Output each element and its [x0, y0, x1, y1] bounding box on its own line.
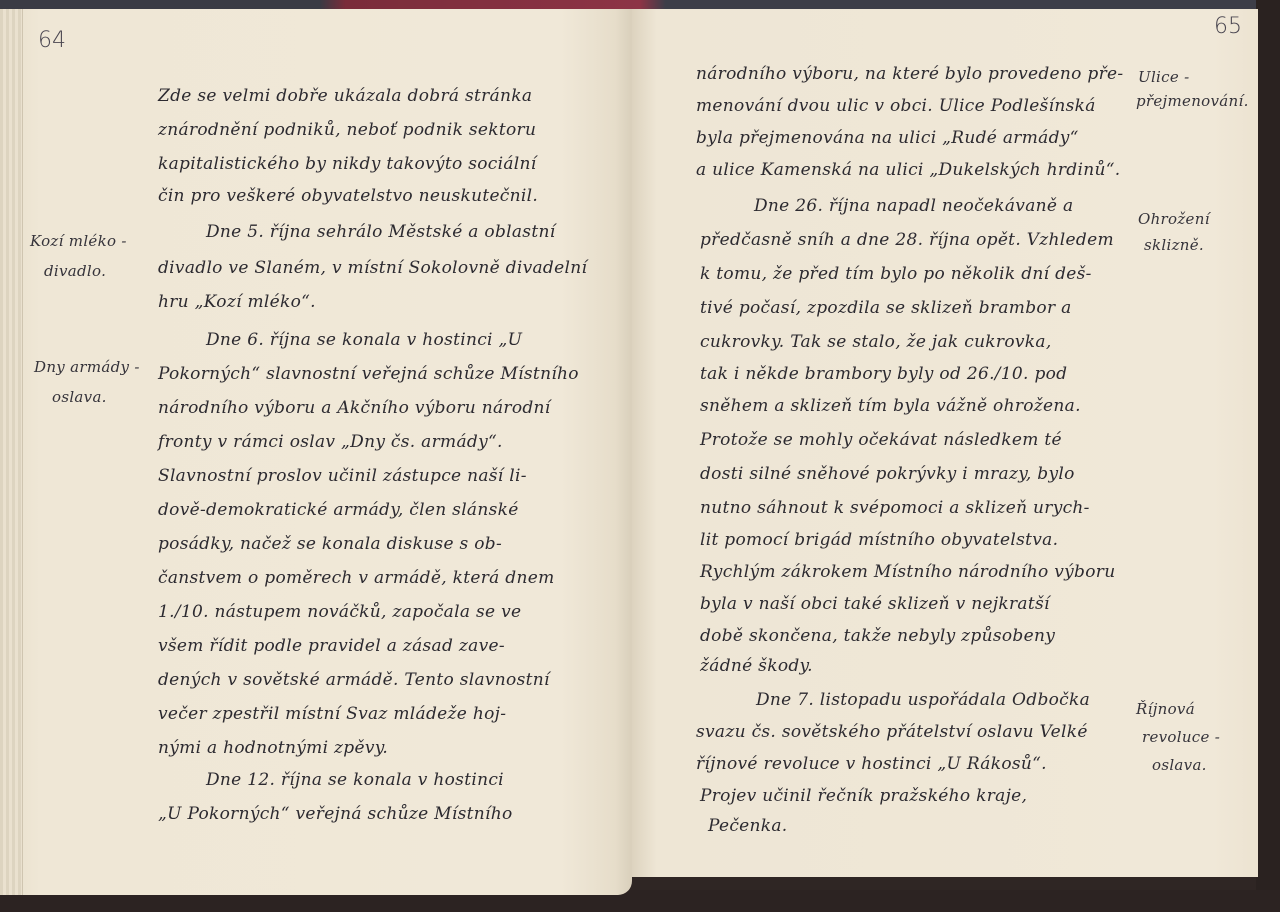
- margin-note: Říjnová: [1136, 700, 1195, 718]
- text-line: národního výboru a Akčního výboru národn…: [158, 398, 551, 418]
- text-line: dosti silné sněhové pokrývky i mrazy, by…: [700, 464, 1075, 484]
- text-line: lit pomocí brigád místního obyvatelstva.: [700, 530, 1058, 550]
- page-edges: [0, 9, 23, 895]
- text-line: všem řídit podle pravidel a zásad zave-: [158, 636, 505, 656]
- margin-note: oslava.: [52, 388, 107, 406]
- text-line: dově-demokratické armády, člen slánské: [158, 500, 519, 520]
- text-line: čanstvem o poměrech v armádě, která dnem: [158, 568, 555, 588]
- text-line: večer zpestřil místní Svaz mládeže hoj-: [158, 704, 506, 724]
- margin-note: přejmenování.: [1136, 92, 1249, 110]
- text-line: žádné škody.: [700, 656, 813, 676]
- text-line: Dne 26. října napadl neočekávaně a: [754, 196, 1073, 216]
- margin-note: Kozí mléko -: [30, 232, 127, 250]
- text-line: Zde se velmi dobře ukázala dobrá stránka: [158, 86, 532, 106]
- text-line: cukrovky. Tak se stalo, že jak cukrovka,: [700, 332, 1052, 352]
- text-line: Dne 12. října se konala v hostinci: [206, 770, 504, 790]
- margin-note: Dny armády -: [34, 358, 140, 376]
- margin-note: Ohrožení: [1138, 210, 1210, 228]
- text-line: byla v naší obci také sklizeň v nejkratš…: [700, 594, 1050, 614]
- margin-note: sklizně.: [1144, 236, 1204, 254]
- left-page: [0, 9, 632, 895]
- text-line: posádky, načež se konala diskuse s ob-: [158, 534, 502, 554]
- text-line: svazu čs. sovětského přátelství oslavu V…: [696, 722, 1088, 742]
- text-line: Dne 7. listopadu uspořádala Odbočka: [756, 690, 1090, 710]
- text-line: Pečenka.: [708, 816, 788, 836]
- text-line: nutno sáhnout k svépomoci a sklizeň uryc…: [700, 498, 1090, 518]
- margin-note: divadlo.: [44, 262, 106, 280]
- page-number-left: 64: [38, 28, 66, 53]
- text-line: Rychlým zákrokem Místního národního výbo…: [700, 562, 1115, 582]
- text-line: fronty v rámci oslav „Dny čs. armády“.: [158, 432, 503, 452]
- text-line: Dne 5. října sehrálo Městské a oblastní: [206, 222, 555, 242]
- text-line: menování dvou ulic v obci. Ulice Podleší…: [696, 96, 1096, 116]
- text-line: dených v sovětské armádě. Tento slavnost…: [158, 670, 550, 690]
- text-line: Slavnostní proslov učinil zástupce naší …: [158, 466, 527, 486]
- text-line: Dne 6. října se konala v hostinci „U: [206, 330, 522, 350]
- book-cover-right: [1256, 0, 1280, 912]
- text-line: sněhem a sklizeň tím byla vážně ohrožena…: [700, 396, 1081, 416]
- text-line: době skončena, takže nebyly způsobeny: [700, 626, 1055, 646]
- text-line: Protože se mohly očekávat následkem té: [700, 430, 1062, 450]
- text-line: nými a hodnotnými zpěvy.: [158, 738, 388, 758]
- text-line: divadlo ve Slaném, v místní Sokolovně di…: [158, 258, 587, 278]
- text-line: kapitalistického by nikdy takovýto sociá…: [158, 154, 536, 174]
- margin-note: oslava.: [1152, 756, 1207, 774]
- text-line: národního výboru, na které bylo proveden…: [696, 64, 1123, 84]
- text-line: Pokorných“ slavnostní veřejná schůze Mís…: [158, 364, 579, 384]
- margin-note: Ulice -: [1138, 68, 1189, 86]
- text-line: a ulice Kamenská na ulici „Dukelských hr…: [696, 160, 1120, 180]
- text-line: předčasně sníh a dne 28. října opět. Vzh…: [700, 230, 1114, 250]
- text-line: k tomu, že před tím bylo po několik dní …: [700, 264, 1092, 284]
- page-number-right: 65: [1214, 14, 1242, 39]
- text-line: čin pro veškeré obyvatelstvo neuskutečni…: [158, 186, 538, 206]
- text-line: hru „Kozí mléko“.: [158, 292, 316, 312]
- text-line: tivé počasí, zpozdila se sklizeň brambor…: [700, 298, 1072, 318]
- text-line: říjnové revoluce v hostinci „U Rákosů“.: [696, 754, 1047, 774]
- text-line: „U Pokorných“ veřejná schůze Místního: [158, 804, 513, 824]
- margin-note: revoluce -: [1142, 728, 1220, 746]
- text-line: znárodnění podniků, neboť podnik sektoru: [158, 120, 536, 140]
- text-line: tak i někde brambory byly od 26./10. pod: [700, 364, 1067, 384]
- text-line: 1./10. nástupem nováčků, započala se ve: [158, 602, 521, 622]
- text-line: byla přejmenována na ulici „Rudé armády“: [696, 128, 1079, 148]
- text-line: Projev učinil řečník pražského kraje,: [700, 786, 1027, 806]
